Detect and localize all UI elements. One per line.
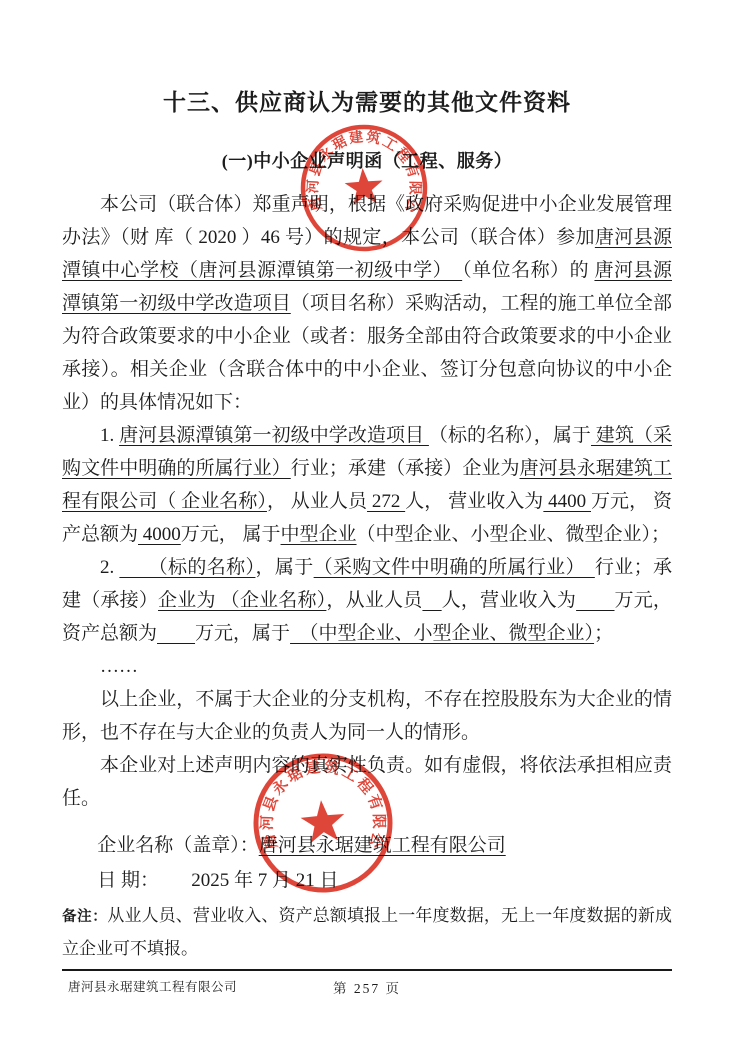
document-page: 十三、供应商认为需要的其他文件资料 (一)中小企业声明函（工程、服务） 本公司（… bbox=[0, 0, 734, 965]
text-run: 万元， 属于 bbox=[181, 524, 281, 545]
text-run: 人，营业收入为 bbox=[442, 590, 576, 611]
date-value: 2025 年 7 月 21 日 bbox=[191, 870, 338, 891]
empty-blank-enterprise-type: （中型企业、小型企业、微型企业） bbox=[290, 623, 594, 644]
ellipsis-line: …… bbox=[62, 650, 672, 683]
text-run: （中型企业、小型企业、微型企业）； bbox=[357, 524, 671, 545]
text-run: ， 从业人员 bbox=[267, 491, 367, 512]
filled-blank-enterprise-type: 中型企业 bbox=[281, 524, 357, 545]
empty-blank-assets bbox=[157, 623, 195, 644]
text-run: 2. bbox=[100, 557, 119, 578]
filled-blank-subject-name: 唐河县源潭镇第一初级中学改造项目 bbox=[119, 425, 429, 446]
company-name-value: 唐河县永琚建筑工程有限公司 bbox=[259, 835, 506, 856]
remark-label: 备注： bbox=[62, 909, 107, 925]
text-run: 行业；承建（承接）企业为 bbox=[291, 458, 520, 479]
item-1-paragraph: 1. 唐河县源潭镇第一初级中学改造项目 （标的名称），属于 建筑（采购文件中明确… bbox=[62, 419, 672, 551]
declaration-paragraph-3: 本企业对上述声明内容的真实性负责。如有虚假，将依法承担相应责任。 bbox=[62, 749, 672, 815]
text-run: ，从业人员 bbox=[326, 590, 422, 611]
empty-blank-employees bbox=[422, 590, 441, 611]
company-seal-line: 企业名称（盖章）：唐河县永琚建筑工程有限公司 bbox=[97, 828, 672, 863]
company-label: 企业名称（盖章）： bbox=[97, 835, 259, 856]
date-line: 日 期：2025 年 7 月 21 日 bbox=[97, 863, 672, 898]
remark-text: 从业人员、营业收入、资产总额填报上一年度数据，无上一年度数据的新成立企业可不填报… bbox=[62, 906, 672, 958]
text-run: 人， 营业收入为 bbox=[405, 491, 543, 512]
filled-blank-assets: 4000 bbox=[138, 524, 181, 545]
empty-blank-revenue bbox=[576, 590, 614, 611]
filled-blank-employees: 272 bbox=[367, 491, 405, 512]
section-subtitle: (一)中小企业声明函（工程、服务） bbox=[62, 147, 672, 173]
signature-block: 企业名称（盖章）：唐河县永琚建筑工程有限公司 日 期：2025 年 7 月 21… bbox=[62, 828, 672, 898]
text-run: 1. bbox=[100, 425, 119, 446]
empty-blank-industry: （采购文件中明确的所属行业） bbox=[314, 557, 595, 578]
remark-paragraph: 备注：从业人员、营业收入、资产总额填报上一年度数据，无上一年度数据的新成立企业可… bbox=[62, 900, 672, 965]
footer-page-number: 第 257 页 bbox=[62, 977, 672, 997]
text-run: ，属于 bbox=[255, 557, 313, 578]
text-run: 本公司（联合体）郑重声明，根据《政府采购促进中小企业发展管理办法》（财 库（ 2… bbox=[62, 194, 672, 248]
page-footer: 唐河县永琚建筑工程有限公司 第 257 页 bbox=[62, 969, 672, 996]
text-run: （标的名称），属于 bbox=[429, 425, 591, 446]
text-run: 万元，属于 bbox=[195, 623, 290, 644]
date-label: 日 期： bbox=[97, 870, 159, 891]
declaration-paragraph-1: 本公司（联合体）郑重声明，根据《政府采购促进中小企业发展管理办法》（财 库（ 2… bbox=[62, 188, 672, 419]
empty-blank-company: 企业为 （企业名称） bbox=[158, 590, 326, 611]
text-run: ； bbox=[594, 623, 613, 644]
page-title: 十三、供应商认为需要的其他文件资料 bbox=[62, 84, 672, 117]
empty-blank-subject-name: （标的名称） bbox=[119, 557, 255, 578]
text-run: （单位名称）的 bbox=[462, 260, 594, 281]
item-2-paragraph: 2. （标的名称），属于（采购文件中明确的所属行业） 行业；承建（承接）企业为 … bbox=[62, 551, 672, 650]
declaration-paragraph-2: 以上企业，不属于大企业的分支机构，不存在控股股东为大企业的情形，也不存在与大企业… bbox=[62, 683, 672, 749]
filled-blank-revenue: 4400 bbox=[543, 491, 591, 512]
